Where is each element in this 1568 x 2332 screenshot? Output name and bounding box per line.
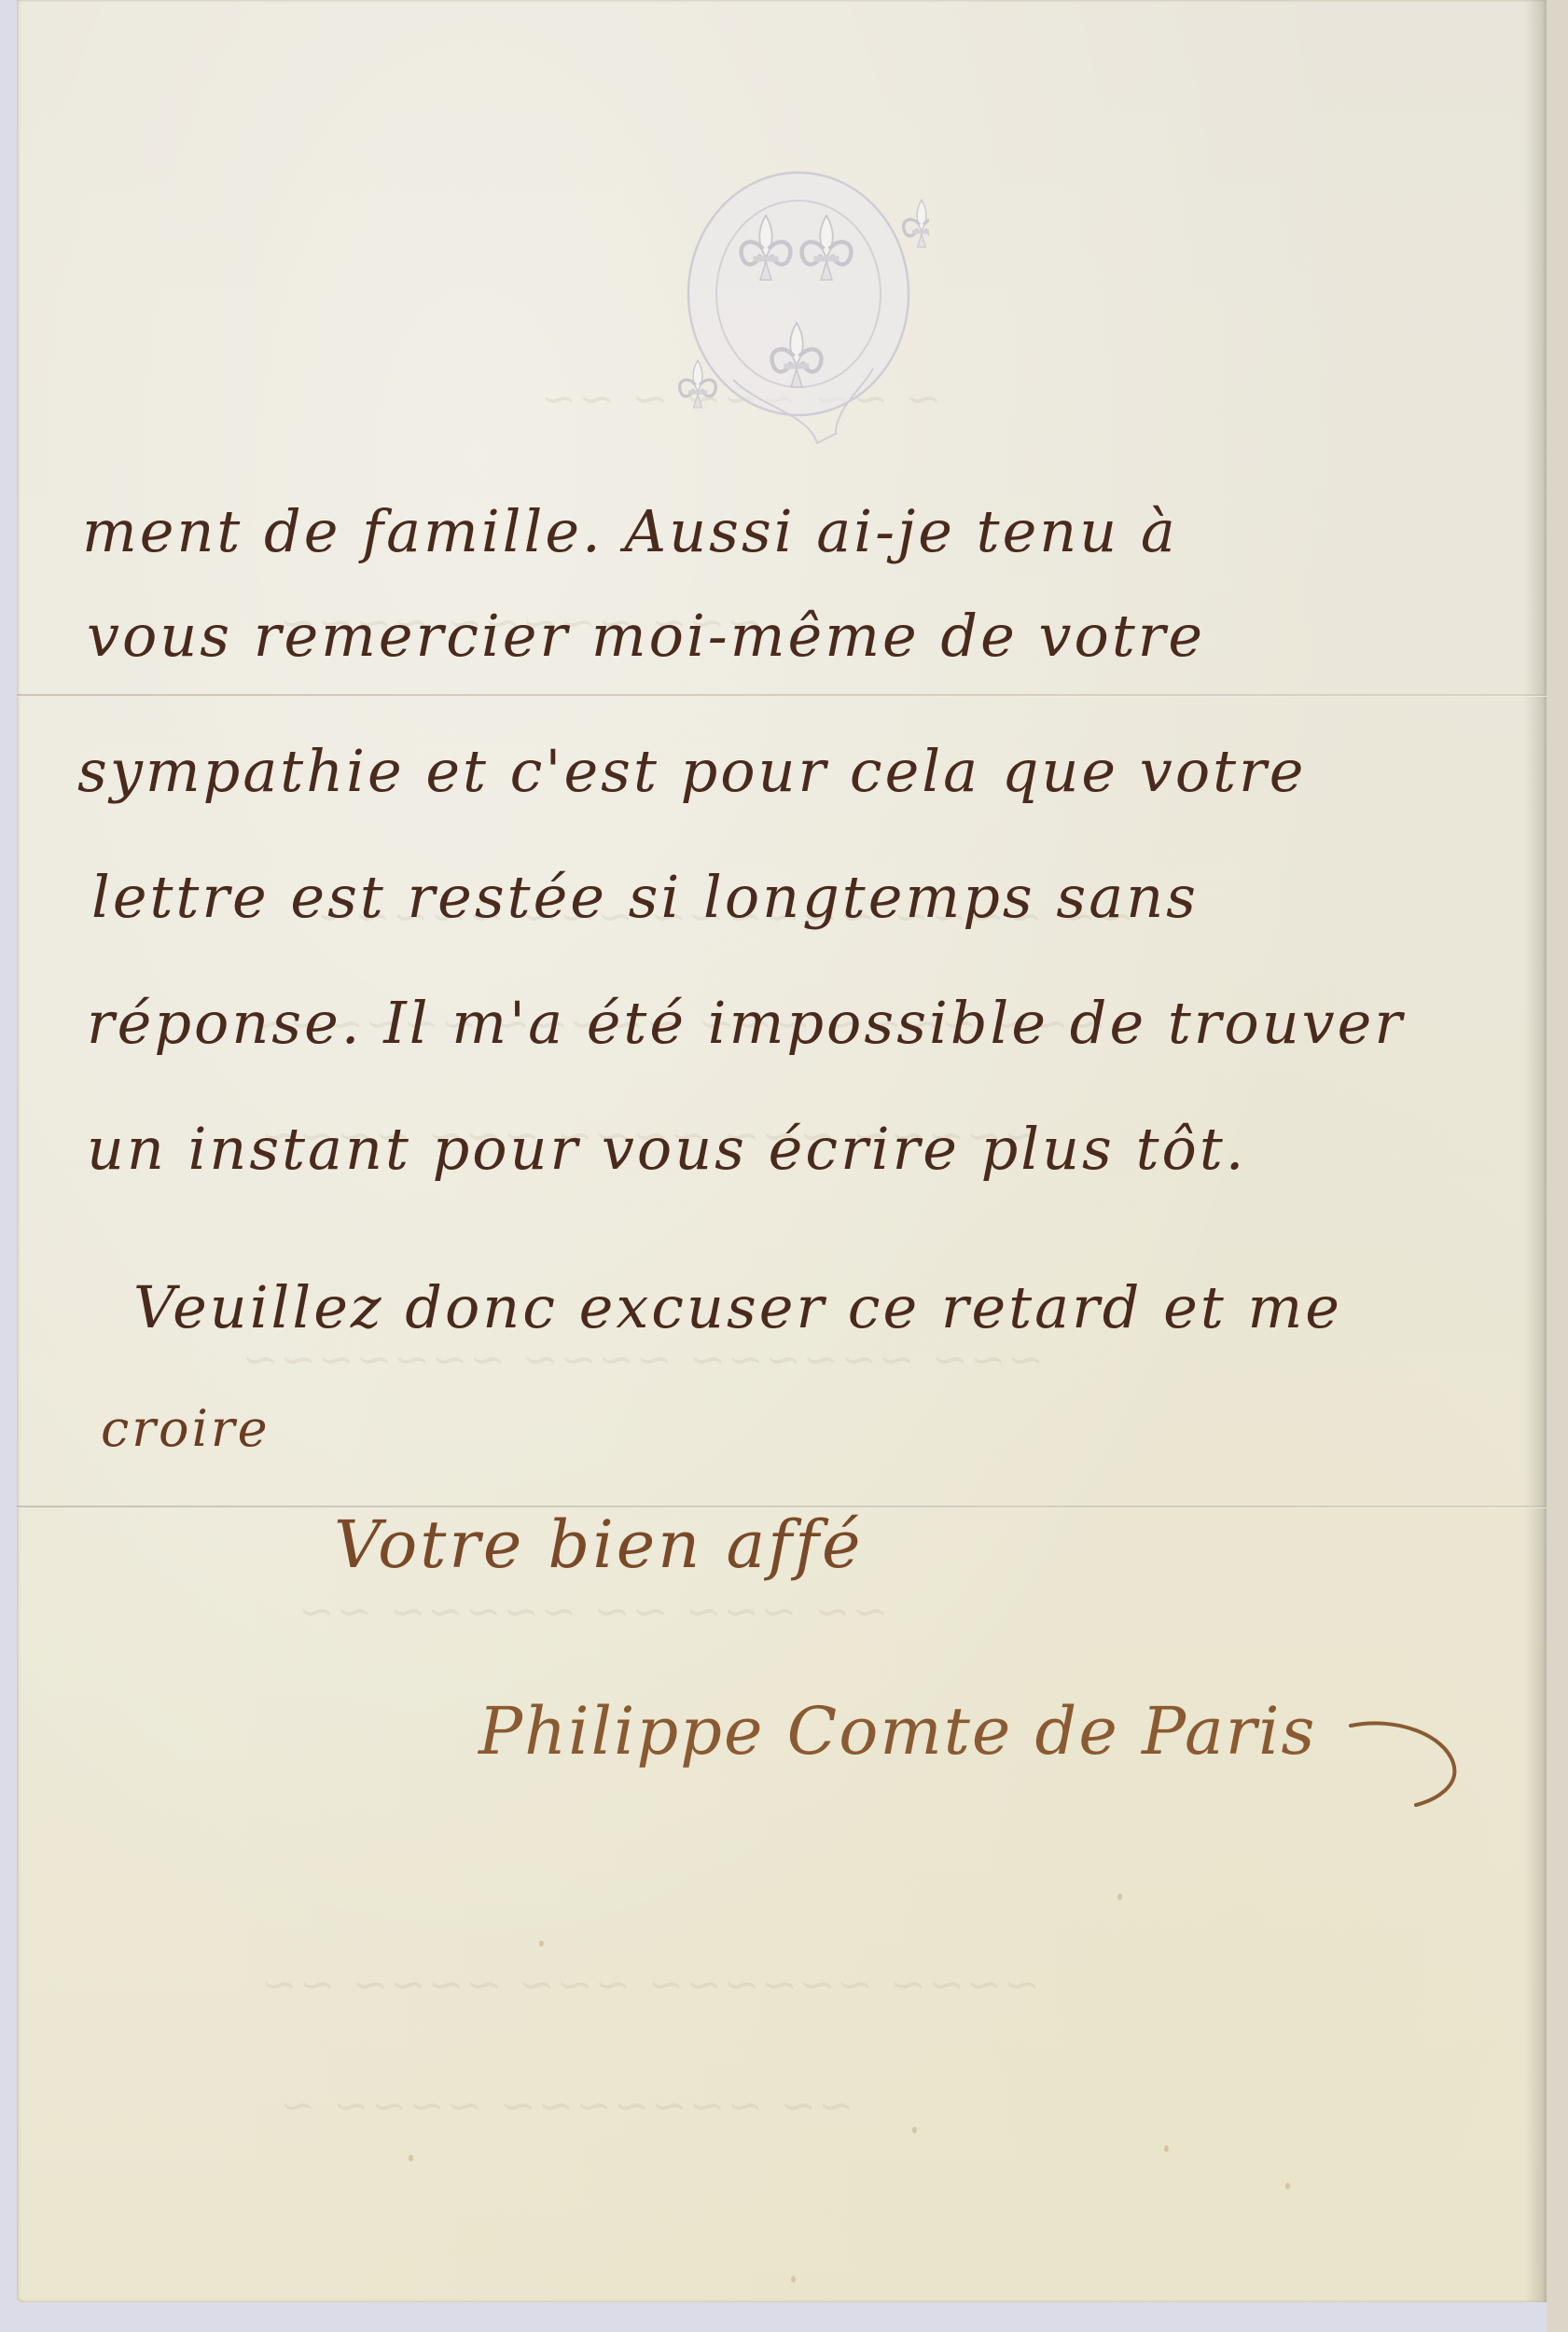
letter-line: vous remercier moi-même de votre — [87, 602, 1205, 670]
signature: Philippe Comte de Paris — [479, 1693, 1316, 1770]
letter-line: sympathie et c'est pour cela que votre — [77, 737, 1306, 805]
letter-line: ment de famille. Aussi ai-je tenu à — [82, 497, 1178, 565]
letter-sheet: ~ ~~ ~~~ ~ ~~ ~~~ ~~~~~ ~~~~ ~~ ~~~~ ~~~… — [17, 0, 1547, 2302]
closing-salutation: Votre bien affé — [334, 1506, 863, 1583]
letter-line: un instant pour vous écrire plus tôt. — [87, 1115, 1246, 1183]
background-edge — [1547, 0, 1568, 2332]
signature-flourish — [1341, 1660, 1481, 1810]
foxing-spot — [1117, 1894, 1122, 1900]
letter-line: réponse. Il m'a été impossible de trouve… — [87, 989, 1405, 1057]
embossed-seal — [677, 163, 929, 452]
letter-line: lettre est restée si longtemps sans — [91, 863, 1199, 931]
foxing-spot — [1285, 2183, 1290, 2189]
letter-line: Veuillez donc excuser ce retard et me — [133, 1273, 1342, 1341]
foxing-spot — [409, 2155, 413, 2161]
bleed-through-text: ~~~~ ~~~~~~ ~~~ ~~~~ ~~ — [259, 1959, 1040, 2009]
bleed-through-text: ~~ ~~~ ~~ ~~~~~ ~~ — [297, 1586, 888, 1636]
foxing-spot — [791, 2276, 796, 2283]
sheet-edge-shadow — [1524, 0, 1547, 2302]
letter-line: croire — [101, 1399, 271, 1458]
fleur-de-lis-icon — [677, 163, 929, 452]
bleed-through-text: ~~ ~~~~~~~ ~~~~ ~ — [278, 2080, 853, 2131]
foxing-spot — [1164, 2145, 1169, 2152]
bleed-through-text: ~~~ ~~~~~~ ~~~~ ~~~~~~~ — [241, 1334, 1044, 1384]
foxing-spot — [912, 2127, 917, 2133]
fold-line-upper — [17, 694, 1547, 697]
foxing-spot — [539, 1940, 544, 1947]
